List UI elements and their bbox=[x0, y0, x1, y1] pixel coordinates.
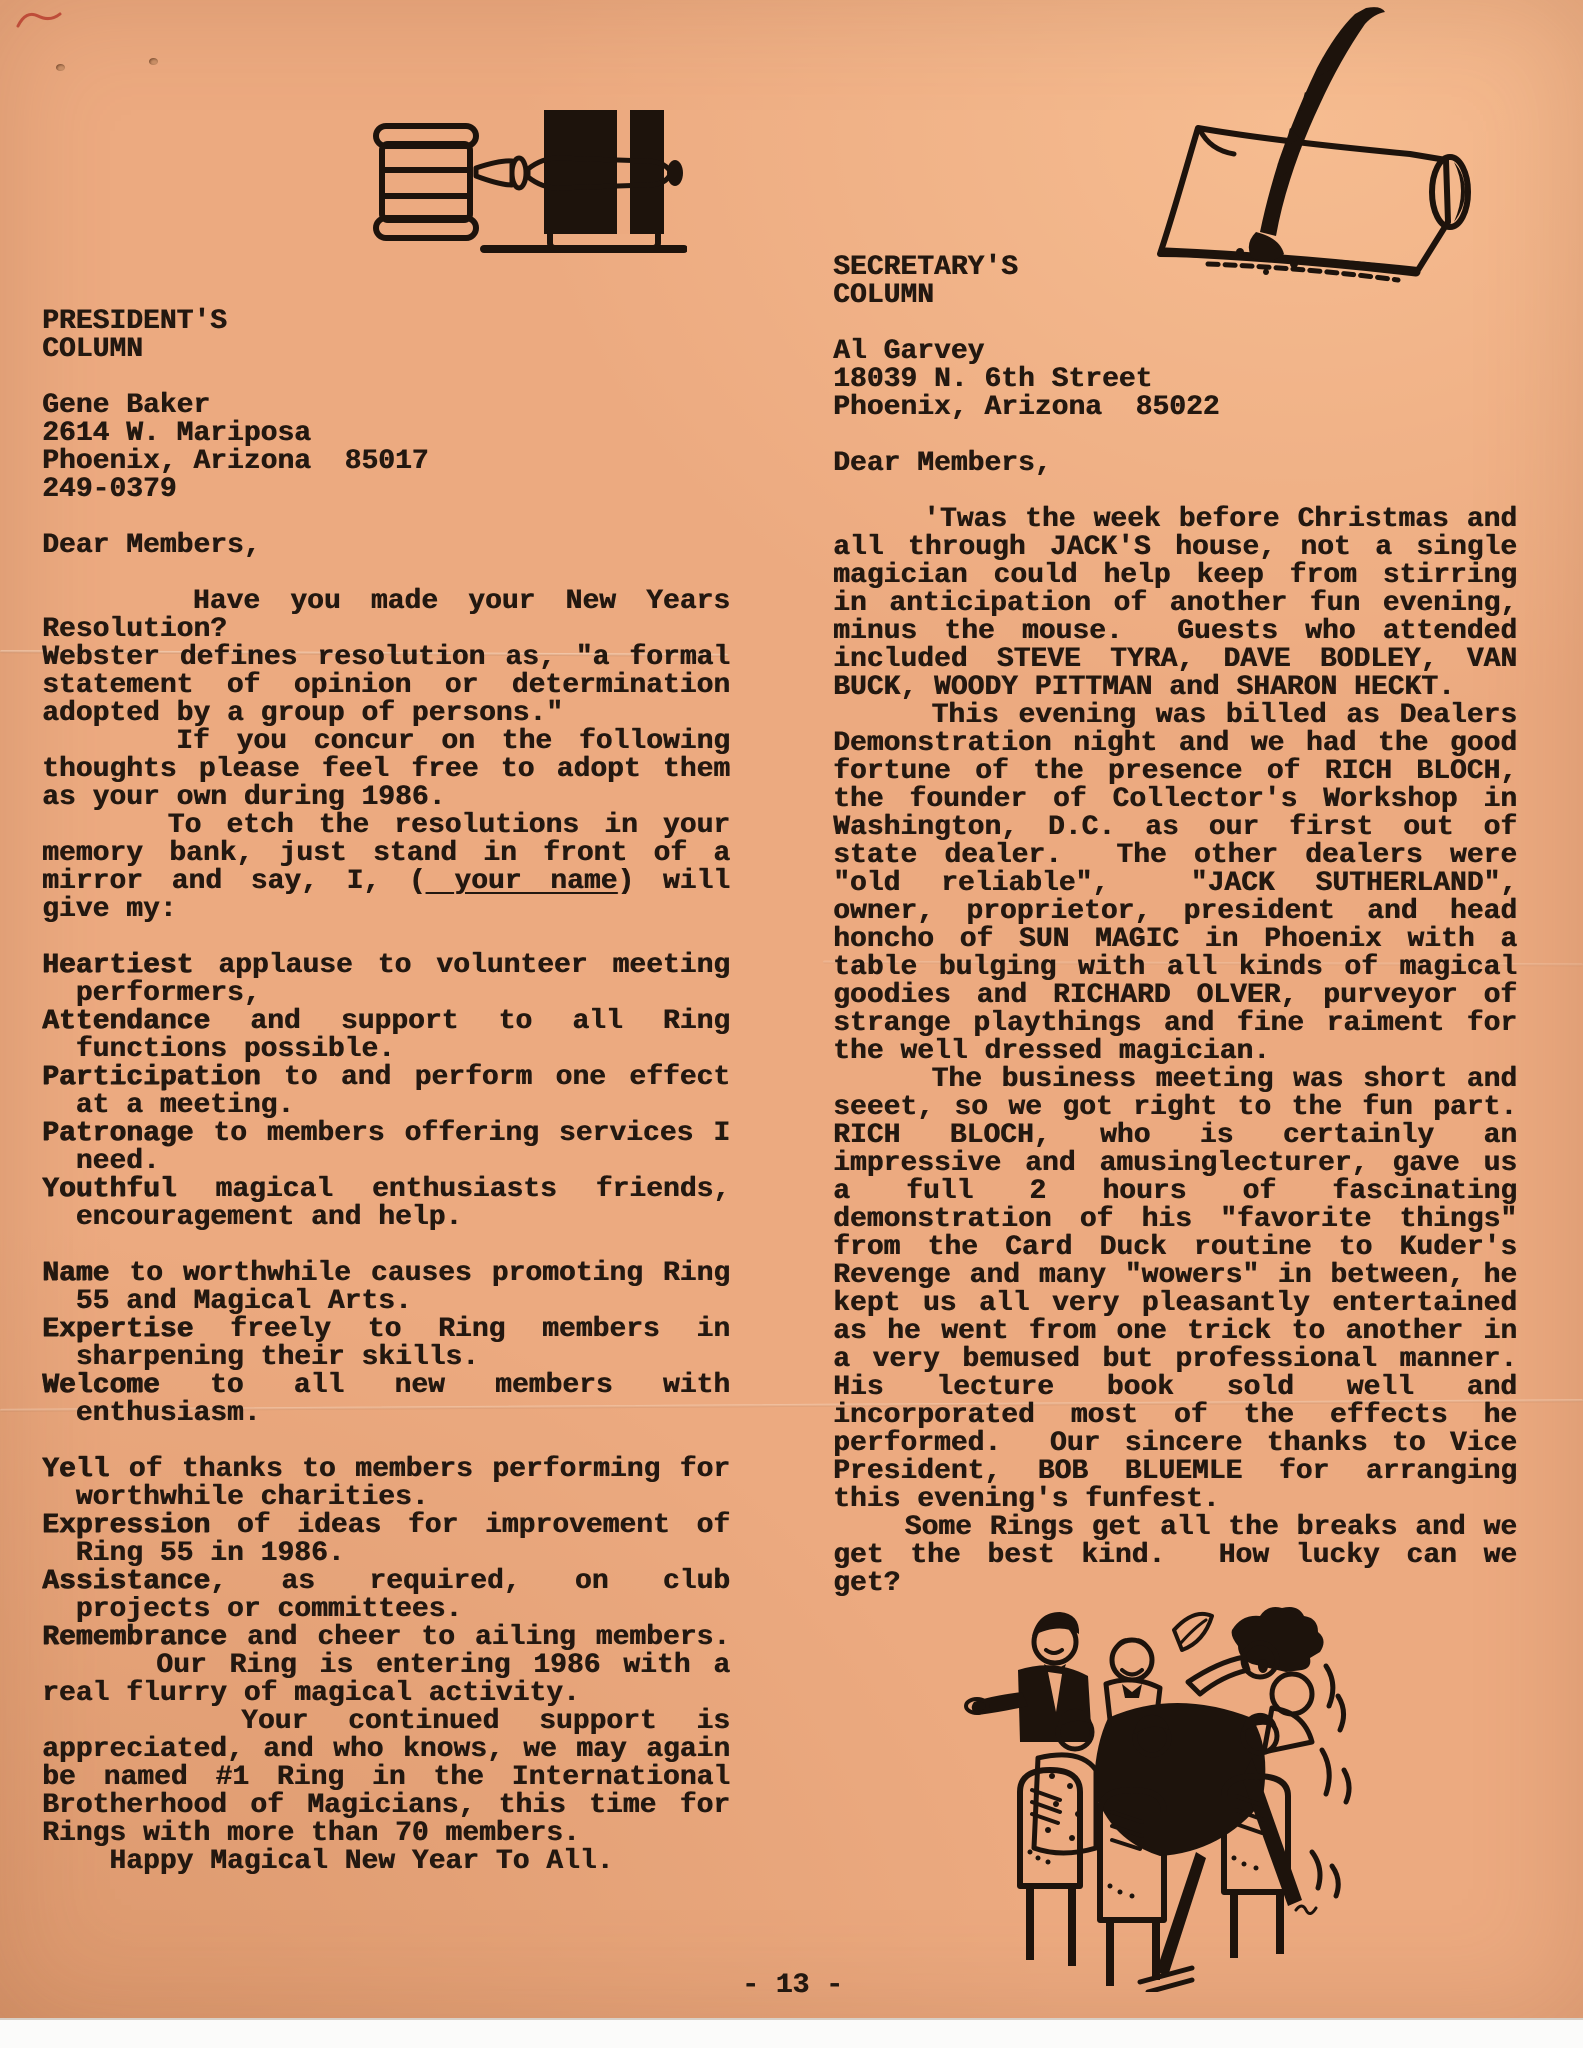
text-line: Happy Magical New Year To All. bbox=[42, 1848, 730, 1876]
text-line: His lecture book sold well and bbox=[833, 1374, 1517, 1402]
address-line: Al Garvey bbox=[833, 338, 1517, 366]
text-line: Demonstration night and we had the good bbox=[833, 730, 1517, 758]
text-line: demonstration of his "favorite things" bbox=[833, 1206, 1517, 1234]
text-line: in anticipation of another fun evening, bbox=[833, 590, 1517, 618]
staple-hole bbox=[149, 58, 158, 65]
salutation: Dear Members, bbox=[42, 532, 730, 560]
text-line: minus the mouse. Guests who attended bbox=[833, 618, 1517, 646]
text-line: fortune of the presence of RICH BLOCH, bbox=[833, 758, 1517, 786]
text-line: goodies and RICHARD OLVER, purveyor of bbox=[833, 982, 1517, 1010]
text-line: strange playthings and fine raiment for bbox=[833, 1010, 1517, 1038]
text-line: Remembrance and cheer to ailing members. bbox=[42, 1624, 730, 1652]
column-title-line: PRESIDENT'S bbox=[42, 308, 730, 336]
newsletter-page: { "page": { "number_label": "- 13 -", "p… bbox=[0, 0, 1583, 2048]
salutation: Dear Members, bbox=[833, 450, 1517, 478]
text-line bbox=[833, 310, 1517, 338]
column-title-line: COLUMN bbox=[833, 282, 1517, 310]
address-line: Gene Baker bbox=[42, 392, 730, 420]
text-line: Name to worthwhile causes promoting Ring bbox=[42, 1260, 730, 1288]
text-line bbox=[42, 560, 730, 588]
text-line: adopted by a group of persons." bbox=[42, 700, 730, 728]
text-line: Revenge and many "wowers" in between, he bbox=[833, 1262, 1517, 1290]
address-line: Phoenix, Arizona 85022 bbox=[833, 394, 1517, 422]
text-line: worthwhile charities. bbox=[42, 1484, 730, 1512]
staple-hole bbox=[56, 64, 65, 71]
text-line: Yell of thanks to members performing for bbox=[42, 1456, 730, 1484]
secretarys-column: SECRETARY'SCOLUMN Al Garvey18039 N. 6th … bbox=[833, 254, 1517, 1598]
text-line: Participation to and perform one effect bbox=[42, 1064, 730, 1092]
text-line: get the best kind. How lucky can we bbox=[833, 1542, 1517, 1570]
text-line: statement of opinion or determination bbox=[42, 672, 730, 700]
text-line: appreciated, and who knows, we may again bbox=[42, 1736, 730, 1764]
text-line: performed. Our sincere thanks to Vice bbox=[833, 1430, 1517, 1458]
column-title-line: SECRETARY'S bbox=[833, 254, 1517, 282]
text-line: Youthful magical enthusiasts friends, bbox=[42, 1176, 730, 1204]
text-line: as your own during 1986. bbox=[42, 784, 730, 812]
text-line: Expertise freely to Ring members in bbox=[42, 1316, 730, 1344]
text-line: seeet, so we got right to the fun part. bbox=[833, 1094, 1517, 1122]
text-line: Patronage to members offering services I bbox=[42, 1120, 730, 1148]
text-line: RICH BLOCH, who is certainly an bbox=[833, 1122, 1517, 1150]
text-line bbox=[42, 924, 730, 952]
text-line: thoughts please feel free to adopt them bbox=[42, 756, 730, 784]
text-line: need. bbox=[42, 1148, 730, 1176]
text-line bbox=[833, 478, 1517, 506]
text-line: Assistance, as required, on club bbox=[42, 1568, 730, 1596]
text-line: Rings with more than 70 members. bbox=[42, 1820, 730, 1848]
text-line: memory bank, just stand in front of a bbox=[42, 840, 730, 868]
text-line: the well dressed magician. bbox=[833, 1038, 1517, 1066]
text-line: owner, proprietor, president and head bbox=[833, 898, 1517, 926]
text-line: Brotherhood of Magicians, this time for bbox=[42, 1792, 730, 1820]
text-line: all through JACK'S house, not a single bbox=[833, 534, 1517, 562]
address-line: 2614 W. Mariposa bbox=[42, 420, 730, 448]
text-line: Some Rings get all the breaks and we bbox=[833, 1514, 1517, 1542]
text-line: BUCK, WOODY PITTMAN and SHARON HECKT. bbox=[833, 674, 1517, 702]
text-line: real flurry of magical activity. bbox=[42, 1680, 730, 1708]
text-line: as he went from one trick to another in bbox=[833, 1318, 1517, 1346]
text-line: sharpening their skills. bbox=[42, 1344, 730, 1372]
text-line: from the Card Duck routine to Kuder's bbox=[833, 1234, 1517, 1262]
text-line: magician could help keep from stirring bbox=[833, 562, 1517, 590]
text-line: If you concur on the following bbox=[42, 728, 730, 756]
text-line: table bulging with all kinds of magical bbox=[833, 954, 1517, 982]
text-line: Washington, D.C. as our first out of bbox=[833, 814, 1517, 842]
text-line: incorporated most of the effects he bbox=[833, 1402, 1517, 1430]
text-line: kept us all very pleasantly entertained bbox=[833, 1290, 1517, 1318]
text-line: projects or committees. bbox=[42, 1596, 730, 1624]
text-line: the founder of Collector's Workshop in bbox=[833, 786, 1517, 814]
text-line: Heartiest applause to volunteer meeting bbox=[42, 952, 730, 980]
text-line: Expression of ideas for improvement of bbox=[42, 1512, 730, 1540]
text-line: included STEVE TYRA, DAVE BODLEY, VAN bbox=[833, 646, 1517, 674]
text-line: "old reliable", "JACK SUTHERLAND", bbox=[833, 870, 1517, 898]
text-line: mirror and say, I, ( your name) will bbox=[42, 868, 730, 896]
text-line: 55 and Magical Arts. bbox=[42, 1288, 730, 1316]
text-line: a full 2 hours of fascinating bbox=[833, 1178, 1517, 1206]
text-line bbox=[42, 364, 730, 392]
text-line: Attendance and support to all Ring bbox=[42, 1008, 730, 1036]
text-line: be named #1 Ring in the International bbox=[42, 1764, 730, 1792]
text-line: The business meeting was short and bbox=[833, 1066, 1517, 1094]
text-line: Your continued support is bbox=[42, 1708, 730, 1736]
column-title-line: COLUMN bbox=[42, 336, 730, 364]
text-line bbox=[42, 1232, 730, 1260]
text-line: impressive and amusinglecturer, gave us bbox=[833, 1150, 1517, 1178]
text-line bbox=[42, 504, 730, 532]
presidents-column: PRESIDENT'SCOLUMN Gene Baker2614 W. Mari… bbox=[42, 308, 730, 1876]
text-line: Our Ring is entering 1986 with a bbox=[42, 1652, 730, 1680]
page-number: - 13 - bbox=[742, 1970, 843, 2001]
text-line: Have you made your New Years bbox=[42, 588, 730, 616]
address-line: 18039 N. 6th Street bbox=[833, 366, 1517, 394]
text-line: encouragement and help. bbox=[42, 1204, 730, 1232]
text-line: This evening was billed as Dealers bbox=[833, 702, 1517, 730]
text-line: give my: bbox=[42, 896, 730, 924]
text-line: President, BOB BLUEMLE for arranging bbox=[833, 1458, 1517, 1486]
scan-bottom-edge bbox=[0, 2018, 1583, 2048]
text-line: performers, bbox=[42, 980, 730, 1008]
text-line: enthusiasm. bbox=[42, 1400, 730, 1428]
text-line: get? bbox=[833, 1570, 1517, 1598]
text-line: Resolution? bbox=[42, 616, 730, 644]
address-line: 249-0379 bbox=[42, 476, 730, 504]
text-line: Webster defines resolution as, "a formal bbox=[42, 644, 730, 672]
text-line: a very bemused but professional manner. bbox=[833, 1346, 1517, 1374]
text-line bbox=[42, 1428, 730, 1456]
text-line: To etch the resolutions in your bbox=[42, 812, 730, 840]
text-line: state dealer. The other dealers were bbox=[833, 842, 1517, 870]
text-line: 'Twas the week before Christmas and bbox=[833, 506, 1517, 534]
text-line bbox=[833, 422, 1517, 450]
text-line: Welcome to all new members with bbox=[42, 1372, 730, 1400]
text-line: Ring 55 in 1986. bbox=[42, 1540, 730, 1568]
text-line: this evening's funfest. bbox=[833, 1486, 1517, 1514]
text-line: functions possible. bbox=[42, 1036, 730, 1064]
text-line: at a meeting. bbox=[42, 1092, 730, 1120]
address-line: Phoenix, Arizona 85017 bbox=[42, 448, 730, 476]
text-line: honcho of SUN MAGIC in Phoenix with a bbox=[833, 926, 1517, 954]
